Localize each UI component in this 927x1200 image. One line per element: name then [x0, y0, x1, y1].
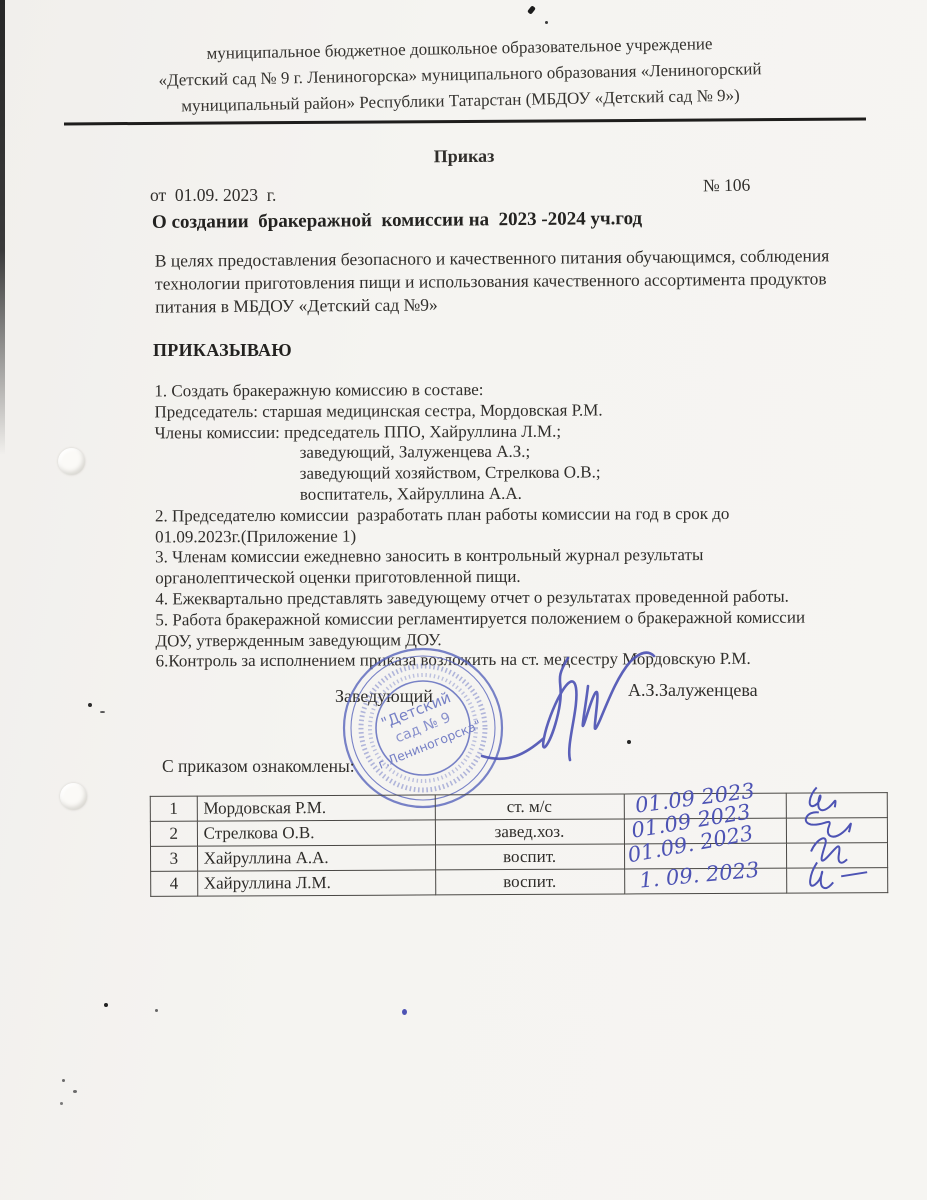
row-position: завед.хоз.: [435, 819, 624, 845]
table-row: 2 Стрелкова О.В. завед.хоз. 01.09 2023: [150, 818, 887, 847]
order-item: заведующий, Залуженцева А.З.;: [300, 441, 805, 464]
preamble-line: питания в МБДОУ «Детский сад №9»: [155, 290, 830, 318]
row-number: 3: [151, 846, 198, 871]
row-name: Хайруллина А.А.: [197, 845, 435, 871]
table-row: 4 Хайруллина Л.М. воспит. 1. 09. 2023: [151, 868, 888, 897]
row-number: 2: [150, 821, 197, 846]
order-items: 1. Создать бракеражную комиссию в состав…: [154, 379, 805, 673]
acknowledgement-table: 1 Мордовская Р.М. ст. м/с 01.09 2023 2 С…: [150, 792, 889, 897]
decree-word: ПРИКАЗЫВАЮ: [153, 340, 292, 361]
scan-speck: [88, 703, 92, 707]
table-row: 3 Хайруллина А.А. воспит. 01.09. 2023: [151, 843, 888, 872]
order-item: Члены комиссии: председатель ППО, Хайрул…: [155, 420, 805, 444]
order-title: О создании бракеражной комиссии на 2023 …: [152, 208, 642, 234]
order-item: Председатель: старшая медицинская сестра…: [154, 399, 804, 423]
scanned-order-document: муниципальное бюджетное дошкольное образ…: [0, 0, 927, 1200]
scan-speck: [104, 1003, 108, 1007]
handwritten-date: 01.09 2023: [633, 779, 755, 818]
order-number: № 106: [703, 175, 751, 197]
preamble: В целях предоставления безопасного и кач…: [155, 244, 830, 318]
scan-speck: [60, 1102, 63, 1105]
scan-speck: [527, 5, 536, 14]
director-signature: [468, 636, 683, 781]
order-item: заведующий хозяйством, Стрелкова О.В.;: [300, 462, 805, 485]
scan-speck: [73, 1090, 77, 1093]
table-row: 1 Мордовская Р.М. ст. м/с 01.09 2023: [150, 793, 887, 822]
ink-speck: [402, 1009, 407, 1015]
punch-hole: [60, 783, 87, 810]
letterhead: муниципальное бюджетное дошкольное образ…: [59, 28, 860, 121]
row-position: воспит.: [435, 844, 624, 870]
row-name: Стрелкова О.В.: [197, 820, 435, 846]
row-name: Хайруллина Л.М.: [197, 870, 435, 896]
scan-speck: [545, 21, 548, 24]
handwritten-signature: [791, 779, 861, 819]
order-item: 01.09.2023г.(Приложение 1): [155, 524, 805, 548]
row-name: Мордовская Р.М.: [197, 795, 435, 821]
order-item: воспитатель, Хайруллина А.А.: [300, 483, 805, 506]
acknowledgement-intro: С приказом ознакомлены:: [162, 756, 355, 777]
scan-edge-shadow: [0, 0, 5, 455]
order-item: органолептической оценки приготовленной …: [155, 566, 805, 590]
row-number: 1: [150, 796, 197, 821]
row-position: ст. м/с: [435, 794, 624, 820]
order-item: 1. Создать бракеражную комиссию в состав…: [154, 379, 804, 403]
order-item: 5. Работа бракеражной комиссии регламент…: [155, 607, 805, 631]
row-number: 4: [151, 871, 198, 896]
scan-speck: [100, 711, 105, 713]
row-position: воспит.: [435, 869, 624, 895]
punch-hole: [58, 448, 85, 475]
order-item: 3. Членам комиссии ежедневно заносить в …: [155, 545, 805, 569]
order-item: 2. Председателю комиссии разработать пла…: [155, 503, 805, 527]
scan-speck: [62, 1079, 65, 1082]
doc-type-heading: Приказ: [64, 143, 864, 171]
scan-speck: [155, 1009, 158, 1012]
order-item: 4. Ежеквартально представлять заведующем…: [155, 587, 805, 611]
order-date: от 01.09. 2023 г.: [150, 185, 276, 206]
